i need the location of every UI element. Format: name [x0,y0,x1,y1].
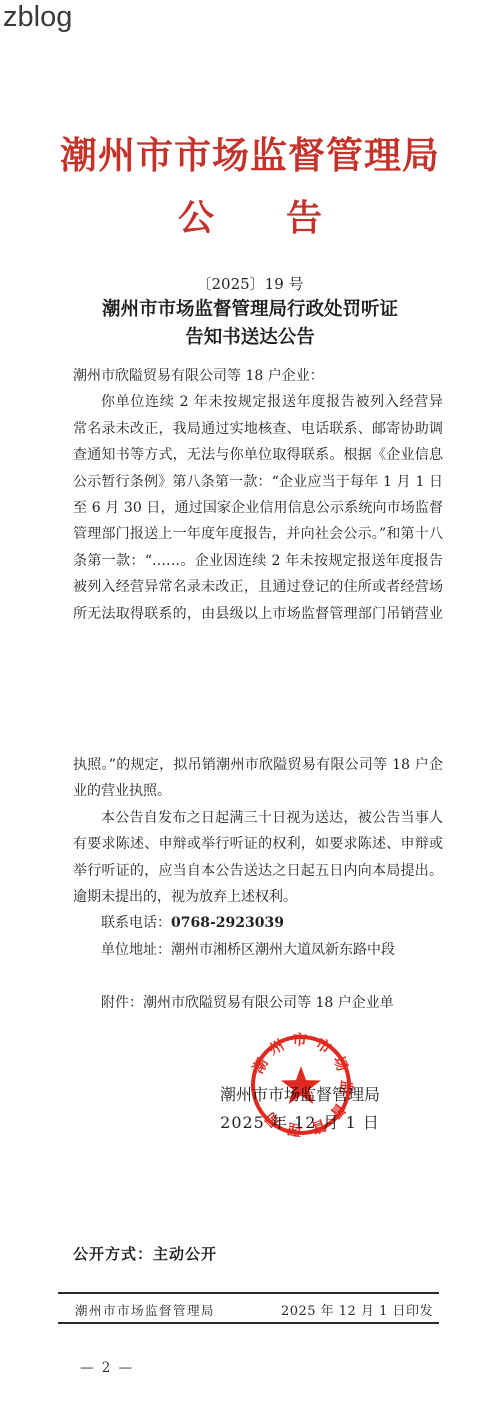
contact-address-label: 单位地址： [101,942,171,958]
footer-divider-top [58,1292,439,1294]
contact-phone-label: 联系电话： [101,915,171,931]
body-line: 管理部门报送上一年度年度报告，并向社会公示。”和第十八 [73,521,443,547]
body-line: 公示暂行条例》第八条第一款：“企业应当于每年 1 月 1 日 [73,469,443,495]
footer-agency: 潮州市市场监督管理局 [75,1301,215,1319]
body-line: 至 6 月 30 日，通过国家企业信用信息公示系统向市场监督 [73,495,443,521]
contact-phone-number: 0768-2923039 [171,915,284,931]
body-line: 你单位连续 2 年未按规定报送年度报告被列入经营异 [73,389,443,415]
contact-address-line: 单位地址：潮州市湘桥区潮州大道凤新东路中段 [73,937,443,963]
announcement-word: 公 告 [0,190,500,241]
signature-block: 潮州市市场监督管理局 2025 年 12 月 1 日 [150,1085,450,1133]
body-salutation: 潮州市欣隘贸易有限公司等 18 户企业： [73,363,443,389]
contact-address-value: 潮州市湘桥区潮州大道凤新东路中段 [171,942,395,958]
document-subtitle-line2: 告知书送达公告 [0,324,500,352]
body-line: 所无法取得联系的，由县级以上市场监督管理部门吊销营业 [73,601,443,627]
body-line: 执照。”的规定，拟吊销潮州市欣隘贸易有限公司等 18 户企 [73,752,443,778]
body-line: 被列入经营异常名录未改正，且通过登记的住所或者经营场 [73,574,443,600]
document-body: 潮州市欣隘贸易有限公司等 18 户企业： 你单位连续 2 年未按规定报送年度报告… [73,363,443,1016]
document-subtitle: 潮州市市场监督管理局行政处罚听证 告知书送达公告 [0,296,500,352]
page-number: — 2 — [80,1360,134,1376]
document-number: 〔2025〕19 号 [0,273,500,294]
body-line: 有要求陈述、申辩或举行听证的权利，如要求陈述、申辩或 [73,831,443,857]
body-line: 逾期未提出的，视为放弃上述权利。 [73,884,443,910]
body-line: 举行听证的，应当自本公告送达之日起五日内向本局提出。 [73,858,443,884]
body-line: 业的营业执照。 [73,778,443,804]
document-subtitle-line1: 潮州市市场监督管理局行政处罚听证 [0,296,500,324]
publish-method-line: 公开方式：主动公开 [73,1243,217,1264]
signature-date: 2025 年 12 月 1 日 [150,1113,450,1133]
attachment-text: 潮州市欣隘贸易有限公司等 18 户企业单 [143,995,394,1011]
footer-row: 潮州市市场监督管理局 2025 年 12 月 1 日印发 [58,1300,439,1319]
body-line: 常名录未改正，我局通过实地核查、电话联系、邮寄协助调 [73,416,443,442]
attachment-label: 附件： [101,995,143,1011]
body-line: 查通知书等方式，无法与你单位取得联系。根据《企业信息 [73,442,443,468]
body-line: 条第一款：“……。企业因连续 2 年未按规定报送年度报告 [73,548,443,574]
signature-agency: 潮州市市场监督管理局 [150,1085,450,1105]
footer-print-date: 2025 年 12 月 1 日印发 [281,1300,433,1319]
attachment-line: 附件：潮州市欣隘贸易有限公司等 18 户企业单 [73,990,443,1016]
contact-phone-line: 联系电话：0768-2923039 [73,910,443,936]
site-logo[interactable]: zblog [3,1,72,34]
document-agency-title: 潮州市市场监督管理局 [0,125,500,179]
footer-divider-bottom [58,1322,439,1324]
body-line: 本公告自发布之日起满三十日视为送达，被公告当事人 [73,805,443,831]
